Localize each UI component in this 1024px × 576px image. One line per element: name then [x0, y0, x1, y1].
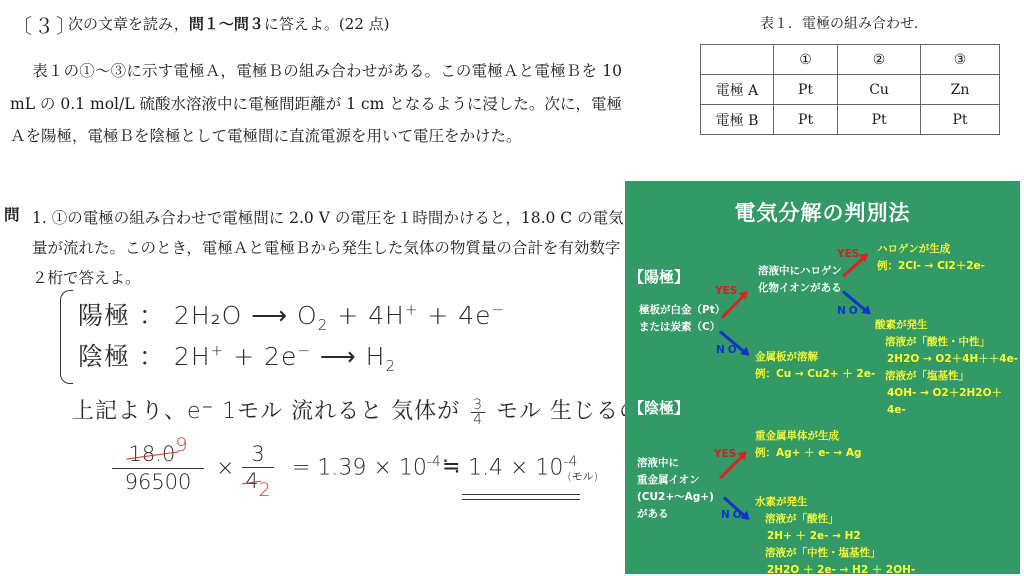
cathode-eq-sup: −: [297, 342, 311, 360]
text-line: 溶液が「塩基性」: [875, 368, 1020, 385]
table-cell: ①: [774, 45, 838, 75]
problem-paragraph: 表１の①～③に示す電極Ａ，電極Ｂの組み合わせがある。この電極Ａと電極Ｂを 10 …: [10, 55, 622, 153]
metal-dissolve-result: 金属板が溶解 例：Cu → Cu2+ ＋ 2e-: [755, 349, 875, 383]
anode-eq-sub: 2: [318, 316, 329, 334]
text-line: 溶液が「酸性」: [755, 511, 915, 528]
double-underline: [462, 494, 580, 500]
cathode-eq-sup: +: [211, 342, 225, 360]
fraction-three-quarters: 34: [471, 398, 485, 427]
panel-title: 電気分解の判別法: [625, 197, 1020, 227]
answer-text: 1.4 × 10: [468, 455, 563, 480]
table-caption: 表１．電極の組み合わせ.: [760, 13, 918, 33]
anode-eq-sup: +: [405, 301, 419, 319]
fraction-bar: [242, 467, 274, 468]
cathode-eq-sub: 2: [385, 357, 396, 375]
text-line: 2H2O ＋ 2e- → H2 ＋ 2OH-: [755, 562, 915, 576]
table-row: 電極 B Pt Pt Pt: [701, 105, 1000, 135]
question-label: 問: [4, 203, 20, 225]
cathode-label: 陰極: [78, 342, 130, 371]
yes-label: YES: [837, 248, 859, 260]
exponent: -4: [563, 454, 577, 470]
table-cell: Cu: [838, 75, 921, 105]
text-line: 水素が発生: [755, 494, 915, 511]
hydrogen-result: 水素が発生 溶液が「酸性」 2H+ ＋ 2e- → H2 溶液が「中性・塩基性」…: [755, 494, 915, 576]
table-cell: Zn: [921, 75, 1000, 105]
text-line: ハロゲンが生成: [877, 241, 985, 258]
text-line: 溶液中に: [637, 455, 714, 472]
text-line: 例：Ag+ ＋ e- → Ag: [755, 445, 861, 462]
struck-denominator: 4: [245, 469, 258, 493]
cathode-eq-part: ⟶ H: [311, 342, 386, 371]
fraction-ratio: 3 42: [242, 442, 274, 494]
cathode-start-condition: 溶液中に 重金属イオン (CU2+～Ag+) がある: [637, 455, 714, 523]
struck-numerator: 18.0: [129, 442, 176, 466]
fraction-bar: [112, 468, 204, 469]
red-correction: 2: [259, 479, 271, 501]
result-approx: = 1.39 × 10-4: [292, 454, 441, 480]
problem-instruction: 次の文章を読み，問１～問３に答えよ。(22 点): [68, 13, 389, 34]
paragraph-text: 表１の①～③に示す電極Ａ，電極Ｂの組み合わせがある。この電極Ａと電極Ｂを 10 …: [10, 62, 622, 145]
table-cell: ②: [838, 45, 921, 75]
text-line: 化物イオンがある: [758, 280, 842, 297]
anode-equation: 陽極 ： 2H₂O ⟶ O2 + 4H+ + 4e−: [78, 296, 505, 334]
denominator: 96500: [112, 470, 204, 494]
text-line: 酸素が発生: [875, 317, 1020, 334]
table-cell: Pt: [774, 105, 838, 135]
text-line: (CU2+～Ag+): [637, 489, 714, 506]
instruction-bold: 問１～問３: [189, 15, 264, 33]
question-1-text: 1. ①の電極の組み合わせで電極間に 2.0 V の電圧を１時間かけると，18.…: [32, 203, 624, 293]
table-header-row: ① ② ③: [701, 45, 1000, 75]
text-line: 溶液中にハロゲン: [758, 263, 842, 280]
text-line: 例：Cu → Cu2+ ＋ 2e-: [755, 366, 875, 383]
text-line: 重金属単体が生成: [755, 428, 861, 445]
fraction-denominator: 4: [471, 413, 485, 427]
electrode-table: ① ② ③ 電極 A Pt Cu Zn 電極 B Pt Pt Pt: [700, 44, 1000, 135]
text-line: 溶液が「中性・塩基性」: [755, 545, 915, 562]
anode-eq-part: + 4e: [418, 301, 491, 330]
text-line: 重金属イオン: [637, 472, 714, 489]
text-line: または炭素（C）: [639, 319, 725, 336]
text-line: がある: [637, 506, 714, 523]
anode-eq-part: + 4H: [328, 301, 405, 330]
anode-eq-part: ： 2H₂O ⟶ O: [139, 301, 318, 330]
electrolysis-panel: 電気分解の判別法 【陽極】 極板が白金（Pt） または炭素（C） YES NO …: [625, 181, 1020, 574]
yes-label: YES: [714, 448, 736, 460]
anode-label: 陽極: [78, 301, 130, 330]
cathode-eq-part: ： 2H: [139, 342, 211, 371]
cathode-eq-part: + 2e: [224, 342, 297, 371]
table-cell: 電極 B: [701, 105, 774, 135]
anode-section-label: 【陽極】: [629, 266, 689, 287]
anode-start-condition: 極板が白金（Pt） または炭素（C）: [639, 302, 725, 336]
text-line: 4OH- → O2＋2H2O＋4e-: [875, 385, 1020, 419]
table-row: 電極 A Pt Cu Zn: [701, 75, 1000, 105]
fraction-charge: 18.09 96500: [112, 442, 204, 494]
yes-label: YES: [715, 285, 737, 297]
table-cell: ③: [921, 45, 1000, 75]
curly-brace: [60, 290, 73, 384]
text-line: 金属板が溶解: [755, 349, 875, 366]
reasoning-note: 上記より、e⁻ 1モル 流れると 気体が 34 モル 生じるので、: [72, 394, 688, 427]
heavy-metal-result: 重金属単体が生成 例：Ag+ ＋ e- → Ag: [755, 428, 861, 462]
approx-sign: ≒: [442, 454, 460, 479]
equals-text: = 1.39 × 10: [292, 455, 427, 480]
cathode-section-label: 【陰極】: [629, 397, 689, 418]
anode-halide-condition: 溶液中にハロゲン 化物イオンがある: [758, 263, 842, 297]
text-line: 溶液が「酸性・中性」: [875, 334, 1020, 351]
text-line: 2H2O → O2＋4H＋＋4e-: [875, 351, 1020, 368]
table-cell: Pt: [774, 75, 838, 105]
red-correction: 9: [175, 434, 187, 456]
exponent: -4: [427, 454, 441, 470]
halogen-result: ハロゲンが生成 例：2Cl- → Cl2＋2e-: [877, 241, 985, 275]
table-cell: 電極 A: [701, 75, 774, 105]
anode-eq-sup: −: [492, 301, 506, 319]
no-label: NO: [837, 305, 861, 317]
fraction-numerator: 3: [471, 398, 485, 413]
table-cell: [701, 45, 774, 75]
note-text: 上記より、e⁻ 1モル 流れると 気体が: [72, 399, 460, 424]
table-cell: Pt: [838, 105, 921, 135]
final-answer: 1.4 × 10-4(モル): [468, 454, 598, 480]
text-line: 極板が白金（Pt）: [639, 302, 725, 319]
unit: (モル): [567, 470, 598, 483]
table-cell: Pt: [921, 105, 1000, 135]
oxygen-result: 酸素が発生 溶液が「酸性・中性」 2H2O → O2＋4H＋＋4e- 溶液が「塩…: [875, 317, 1020, 419]
instruction-pre: 次の文章を読み，: [68, 15, 189, 33]
text-line: 2H+ ＋ 2e- → H2: [755, 528, 915, 545]
times-sign: ×: [216, 456, 234, 481]
cathode-equation: 陰極 ： 2H+ + 2e− ⟶ H2: [78, 337, 396, 375]
instruction-post: に答えよ。(22 点): [264, 15, 390, 33]
text-line: 例：2Cl- → Cl2＋2e-: [877, 258, 985, 275]
numerator: 3: [242, 442, 274, 466]
